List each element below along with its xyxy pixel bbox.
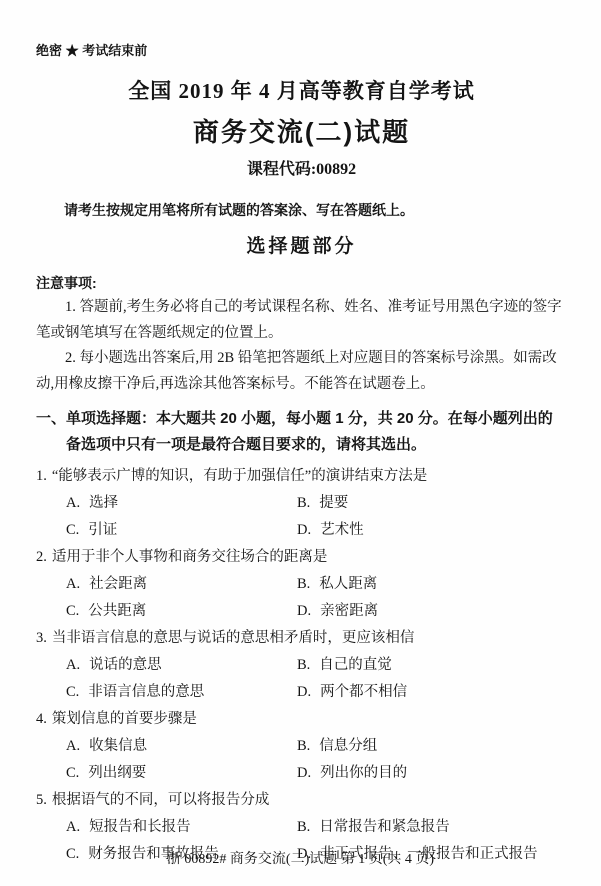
option-label: C. xyxy=(66,765,79,781)
question-list: 1.“能够表示广博的知识，有助于加强信任”的演讲结束方法是 A.选择 B.提要 … xyxy=(36,463,567,868)
exam-paper-page: 绝密 ★ 考试结束前 全国 2019 年 4 月高等教育自学考试 商务交流(二)… xyxy=(0,0,601,886)
question-stem: 5.根据语气的不同，可以将报告分成 xyxy=(36,787,567,814)
option-b: B.自己的直觉 xyxy=(297,652,392,679)
question-2: 2.适用于非个人事物和商务交往场合的距离是 A.社会距离 B.私人距离 C.公共… xyxy=(36,544,567,625)
option-text: 艺术性 xyxy=(320,522,364,538)
option-a: A.收集信息 xyxy=(36,733,297,760)
option-a: A.短报告和长报告 xyxy=(36,814,297,841)
answer-sheet-instruction: 请考生按规定用笔将所有试题的答案涂、写在答题纸上。 xyxy=(36,200,567,220)
option-label: B. xyxy=(297,657,310,673)
option-row: C.列出纲要 D.列出你的目的 xyxy=(36,760,567,787)
option-a: A.社会距离 xyxy=(36,571,297,598)
question-number: 1. xyxy=(36,468,47,484)
option-row: C.公共距离 D.亲密距离 xyxy=(36,598,567,625)
question-stem: 4.策划信息的首要步骤是 xyxy=(36,706,567,733)
option-row: A.社会距离 B.私人距离 xyxy=(36,571,567,598)
option-c: C.公共距离 xyxy=(36,598,297,625)
option-label: A. xyxy=(66,576,80,592)
part-one-heading: 一、单项选择题：本大题共 20 小题，每小题 1 分，共 20 分。在每小题列出… xyxy=(36,406,567,458)
question-text: “能够表示广博的知识，有助于加强信任”的演讲结束方法是 xyxy=(52,468,427,484)
question-number: 2. xyxy=(36,549,47,565)
option-text: 提要 xyxy=(319,495,348,511)
option-label: B. xyxy=(297,738,310,754)
section-title: 选择题部分 xyxy=(36,231,567,258)
option-text: 自己的直觉 xyxy=(319,657,392,673)
option-row: A.短报告和长报告 B.日常报告和紧急报告 xyxy=(36,814,567,841)
option-d: D.亲密距离 xyxy=(297,598,378,625)
option-row: C.非语言信息的意思 D.两个都不相信 xyxy=(36,679,567,706)
question-4: 4.策划信息的首要步骤是 A.收集信息 B.信息分组 C.列出纲要 D.列出你的… xyxy=(36,706,567,787)
option-row: A.说话的意思 B.自己的直觉 xyxy=(36,652,567,679)
option-d: D.艺术性 xyxy=(297,517,364,544)
option-text: 日常报告和紧急报告 xyxy=(319,819,450,835)
question-stem: 2.适用于非个人事物和商务交往场合的距离是 xyxy=(36,544,567,571)
option-b: B.私人距离 xyxy=(297,571,377,598)
option-text: 社会距离 xyxy=(89,576,147,592)
option-text: 亲密距离 xyxy=(320,603,378,619)
option-row: A.选择 B.提要 xyxy=(36,490,567,517)
option-label: A. xyxy=(66,495,80,511)
question-text: 当非语言信息的意思与说话的意思相矛盾时，更应该相信 xyxy=(52,630,415,646)
option-text: 短报告和长报告 xyxy=(89,819,191,835)
option-d: D.列出你的目的 xyxy=(297,760,407,787)
question-3: 3.当非语言信息的意思与说话的意思相矛盾时，更应该相信 A.说话的意思 B.自己… xyxy=(36,625,567,706)
option-text: 信息分组 xyxy=(319,738,377,754)
option-row: C.引证 D.艺术性 xyxy=(36,517,567,544)
option-label: A. xyxy=(66,657,80,673)
classification-banner: 绝密 ★ 考试结束前 xyxy=(36,40,567,59)
option-c: C.列出纲要 xyxy=(36,760,297,787)
option-label: B. xyxy=(297,576,310,592)
option-label: C. xyxy=(66,522,79,538)
option-label: B. xyxy=(297,495,310,511)
question-stem: 3.当非语言信息的意思与说话的意思相矛盾时，更应该相信 xyxy=(36,625,567,652)
option-label: C. xyxy=(66,684,79,700)
exam-title: 全国 2019 年 4 月高等教育自学考试 xyxy=(36,75,567,105)
option-text: 列出纲要 xyxy=(88,765,146,781)
question-number: 3. xyxy=(36,630,47,646)
subject-title: 商务交流(二)试题 xyxy=(36,112,567,149)
note-item-2: 2. 每小题选出答案后,用 2B 铅笔把答题纸上对应题目的答案标号涂黑。如需改动… xyxy=(36,346,567,397)
page-footer: 浙 00892# 商务交流(二)试题 第 1 页(共 4 页) xyxy=(0,848,601,868)
notes-header: 注意事项: xyxy=(36,273,567,293)
option-a: A.选择 xyxy=(36,490,297,517)
option-c: C.非语言信息的意思 xyxy=(36,679,297,706)
question-stem: 1.“能够表示广博的知识，有助于加强信任”的演讲结束方法是 xyxy=(36,463,567,490)
question-1: 1.“能够表示广博的知识，有助于加强信任”的演讲结束方法是 A.选择 B.提要 … xyxy=(36,463,567,544)
option-label: A. xyxy=(66,738,80,754)
option-label: C. xyxy=(66,603,79,619)
question-text: 适用于非个人事物和商务交往场合的距离是 xyxy=(52,549,328,565)
option-c: C.引证 xyxy=(36,517,297,544)
option-b: B.提要 xyxy=(297,490,348,517)
option-label: D. xyxy=(297,522,311,538)
note-item-1: 1. 答题前,考生务必将自己的考试课程名称、姓名、准考证号用黑色字迹的签字笔或钢… xyxy=(36,295,567,346)
option-text: 非语言信息的意思 xyxy=(88,684,204,700)
option-text: 私人距离 xyxy=(319,576,377,592)
question-number: 4. xyxy=(36,711,47,727)
option-d: D.两个都不相信 xyxy=(297,679,407,706)
option-text: 收集信息 xyxy=(89,738,147,754)
option-b: B.信息分组 xyxy=(297,733,377,760)
question-text: 根据语气的不同，可以将报告分成 xyxy=(52,792,270,808)
option-label: D. xyxy=(297,765,311,781)
option-label: A. xyxy=(66,819,80,835)
option-text: 列出你的目的 xyxy=(320,765,407,781)
option-label: D. xyxy=(297,684,311,700)
option-b: B.日常报告和紧急报告 xyxy=(297,814,450,841)
option-text: 引证 xyxy=(88,522,117,538)
option-label: D. xyxy=(297,603,311,619)
option-label: B. xyxy=(297,819,310,835)
question-number: 5. xyxy=(36,792,47,808)
question-text: 策划信息的首要步骤是 xyxy=(52,711,197,727)
option-text: 选择 xyxy=(89,495,118,511)
option-row: A.收集信息 B.信息分组 xyxy=(36,733,567,760)
course-code: 课程代码:00892 xyxy=(36,156,567,179)
option-text: 说话的意思 xyxy=(89,657,162,673)
option-text: 公共距离 xyxy=(88,603,146,619)
option-a: A.说话的意思 xyxy=(36,652,297,679)
option-text: 两个都不相信 xyxy=(320,684,407,700)
